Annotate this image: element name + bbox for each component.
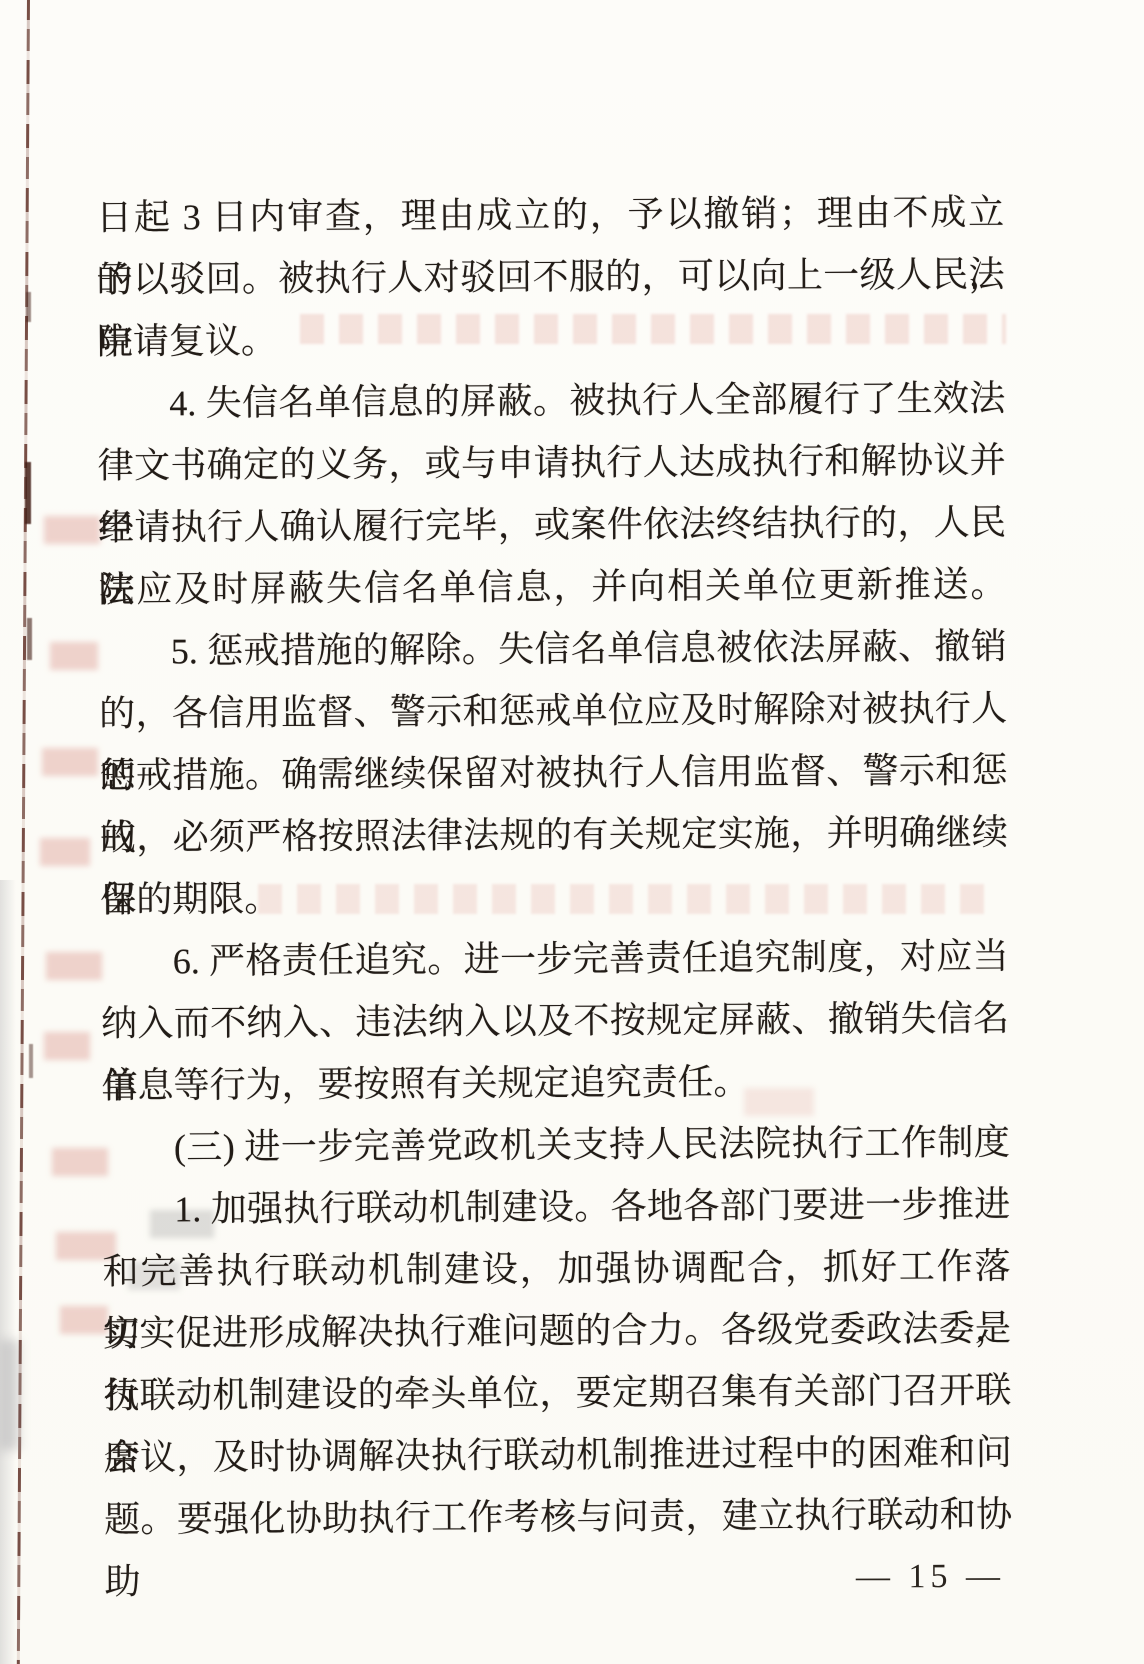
paragraph-start-line: 5. 惩戒措施的解除。失信名单信息被依法屏蔽、撤销 xyxy=(99,615,1007,683)
body-line: 题。要强化协助执行工作考核与问责，建立执行联动和协助 xyxy=(104,1483,1012,1551)
page-number: — 15 — xyxy=(856,1558,1076,1597)
body-line: 予以驳回。被执行人对驳回不服的，可以向上一级人民法院 xyxy=(96,243,1004,311)
scan-edge-shadow xyxy=(0,880,16,1664)
body-line: 院应及时屏蔽失信名单信息，并向相关单位更新推送。 xyxy=(98,553,1006,621)
ink-bleed-artifact xyxy=(52,1148,108,1176)
paragraph-start-line: 6. 严格责任追究。进一步完善责任追究制度，对应当 xyxy=(101,925,1009,993)
body-line: 日起 3 日内审查，理由成立的，予以撤销；理由不成立的， xyxy=(96,181,1004,249)
body-line: 会议，及时协调解决执行联动机制推进过程中的困难和问 xyxy=(104,1421,1012,1489)
body-line: 申请复议。 xyxy=(97,305,1005,373)
binding-ink-blot xyxy=(26,292,31,322)
binding-ink-blot xyxy=(25,462,31,524)
paragraph-start-line: 1. 加强执行联动机制建设。各地各部门要进一步推进 xyxy=(102,1173,1010,1241)
body-line: 切实促进形成解决执行难问题的合力。各级党委政法委是执 xyxy=(103,1297,1011,1365)
section-heading-line: (三) 进一步完善党政机关支持人民法院执行工作制度 xyxy=(102,1111,1010,1179)
body-line: 留的期限。 xyxy=(100,863,1008,931)
body-line: 纳入而不纳入、违法纳入以及不按规定屏蔽、撤销失信名单 xyxy=(101,987,1009,1055)
body-line: 的，各信用监督、警示和惩戒单位应及时解除对被执行人的 xyxy=(99,677,1007,745)
ink-bleed-artifact xyxy=(60,1306,108,1334)
ink-bleed-artifact xyxy=(44,1032,90,1060)
binding-ink-blot xyxy=(27,618,32,660)
document-body-text: 日起 3 日内审查，理由成立的，予以撤销；理由不成立的， 予以驳回。被执行人对驳… xyxy=(96,181,1012,1551)
ink-bleed-artifact xyxy=(40,838,90,866)
body-line: 申请执行人确认履行完毕，或案件依法终结执行的，人民法 xyxy=(98,491,1006,559)
scanned-document-page: 日起 3 日内审查，理由成立的，予以撤销；理由不成立的， 予以驳回。被执行人对驳… xyxy=(0,0,1144,1664)
body-line: 惩戒措施。确需继续保留对被执行人信用监督、警示和惩戒 xyxy=(99,739,1007,807)
body-line: 行联动机制建设的牵头单位，要定期召集有关部门召开联席 xyxy=(103,1359,1011,1427)
ink-bleed-artifact xyxy=(42,748,98,776)
paragraph-start-line: 4. 失信名单信息的屏蔽。被执行人全部履行了生效法 xyxy=(97,367,1005,435)
ink-bleed-artifact xyxy=(46,952,102,980)
body-line: 律文书确定的义务，或与申请执行人达成执行和解协议并经 xyxy=(98,429,1006,497)
binding-ink-blot xyxy=(29,1044,33,1078)
ink-bleed-artifact xyxy=(44,516,100,544)
body-line: 信息等行为，要按照有关规定追究责任。 xyxy=(101,1049,1009,1117)
ink-bleed-artifact xyxy=(50,642,98,670)
body-line: 和完善执行联动机制建设，加强协调配合，抓好工作落实， xyxy=(102,1235,1010,1303)
scan-edge-shadow xyxy=(0,1340,20,1450)
body-line: 的，必须严格按照法律法规的有关规定实施，并明确继续保 xyxy=(100,801,1008,869)
